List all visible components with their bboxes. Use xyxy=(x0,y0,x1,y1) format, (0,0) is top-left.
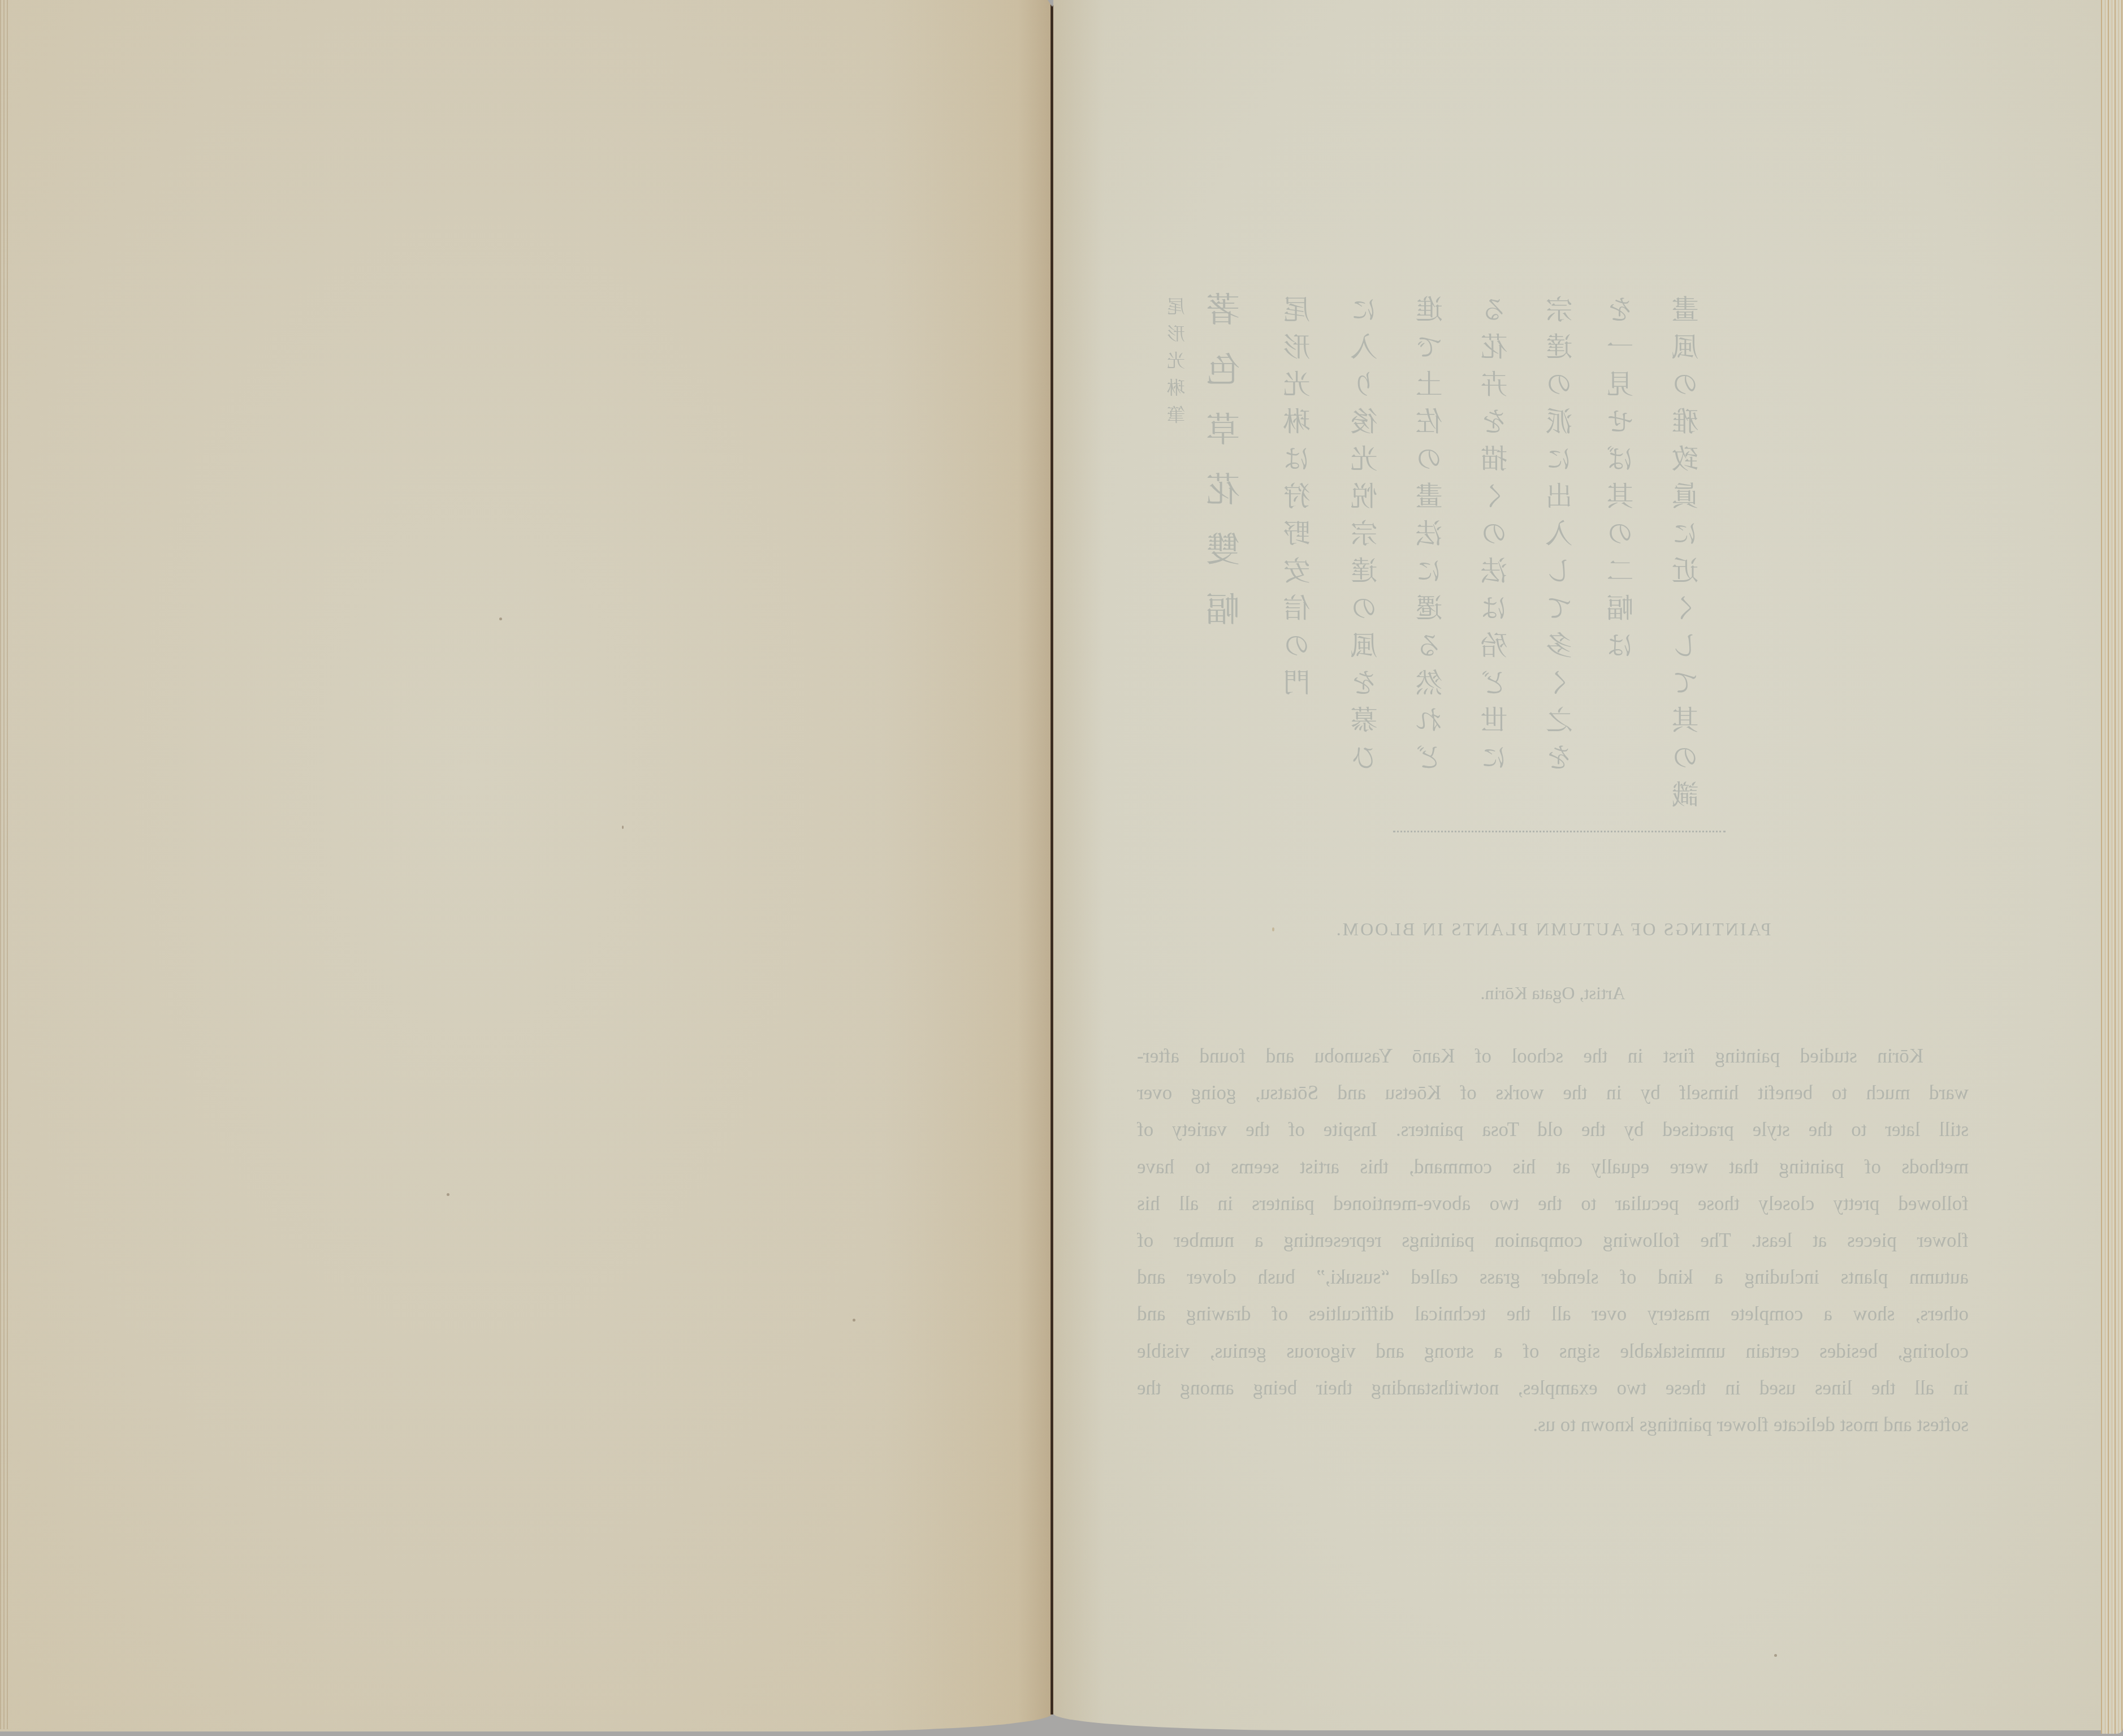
article-byline: Artist, Ogata Kōrin. xyxy=(1137,982,1969,1004)
body-text-line: Kōrin studied painting first in the scho… xyxy=(1137,1044,1969,1069)
paper-speck xyxy=(499,617,502,620)
section-divider-rule xyxy=(1393,831,1726,832)
japanese-text-column: 宗達の派に出入して多く之を xyxy=(1542,295,1581,780)
paper-speck xyxy=(622,826,624,829)
body-text-line: ward much to benefit himself by in the w… xyxy=(1137,1081,1969,1105)
left-page-stack-edge xyxy=(0,0,8,1729)
body-text-line: still later to the style practised by th… xyxy=(1137,1117,1969,1142)
japanese-text-column: に入り後光悦宗達の風を慕ひ xyxy=(1347,295,1386,780)
paper-speck xyxy=(447,1193,449,1196)
body-text-line: autumn plants including a kind of slende… xyxy=(1137,1265,1969,1290)
paper-speck xyxy=(853,1319,855,1322)
japanese-text-column: 進で土佐の畫法に遷る然れど xyxy=(1412,295,1451,780)
japanese-author-column: 尾形光琳筆 xyxy=(1164,297,1190,433)
right-page-stack-edge xyxy=(2101,0,2123,1734)
body-text-line: softest and most delicate flower paintin… xyxy=(1137,1413,1969,1437)
japanese-text-column: る花卉を描くの法は殆ど世に xyxy=(1477,295,1516,780)
body-text-line: followed pretty closely those peculiar t… xyxy=(1137,1191,1969,1216)
left-page xyxy=(0,0,1052,1731)
book-spread: 尾形光琳筆 著色草花雙幅 尾形光琳は狩野安信の門 に入り後光悦宗達の風を慕ひ 進… xyxy=(0,0,2123,1736)
japanese-text-column: 畫風の雅致眞に近くして其の識 xyxy=(1668,295,1707,818)
japanese-text-column: 尾形光琳は狩野安信の門 xyxy=(1279,295,1318,706)
body-text-line: others, show a complete mastery over all… xyxy=(1137,1302,1969,1327)
body-text-line: flower pieces at least. The following co… xyxy=(1137,1228,1969,1253)
body-text-line: in all the lines used in these two examp… xyxy=(1137,1376,1969,1401)
english-article-block: PAINTINGS OF AUTUMN PLANTS IN BLOOM. Art… xyxy=(1137,905,1969,1448)
japanese-title-column: 著色草花雙幅 xyxy=(1201,292,1250,651)
body-text-line: coloring, besides certain unmistakable s… xyxy=(1137,1339,1969,1364)
right-page xyxy=(1053,0,2103,1730)
body-text-line: methods of painting that were equally at… xyxy=(1137,1155,1969,1180)
article-title: PAINTINGS OF AUTUMN PLANTS IN BLOOM. xyxy=(1137,918,1969,940)
paper-speck xyxy=(1774,1654,1777,1657)
japanese-text-column: を一見せば其の二幅は xyxy=(1603,295,1642,668)
paper-speck xyxy=(1272,927,1274,931)
